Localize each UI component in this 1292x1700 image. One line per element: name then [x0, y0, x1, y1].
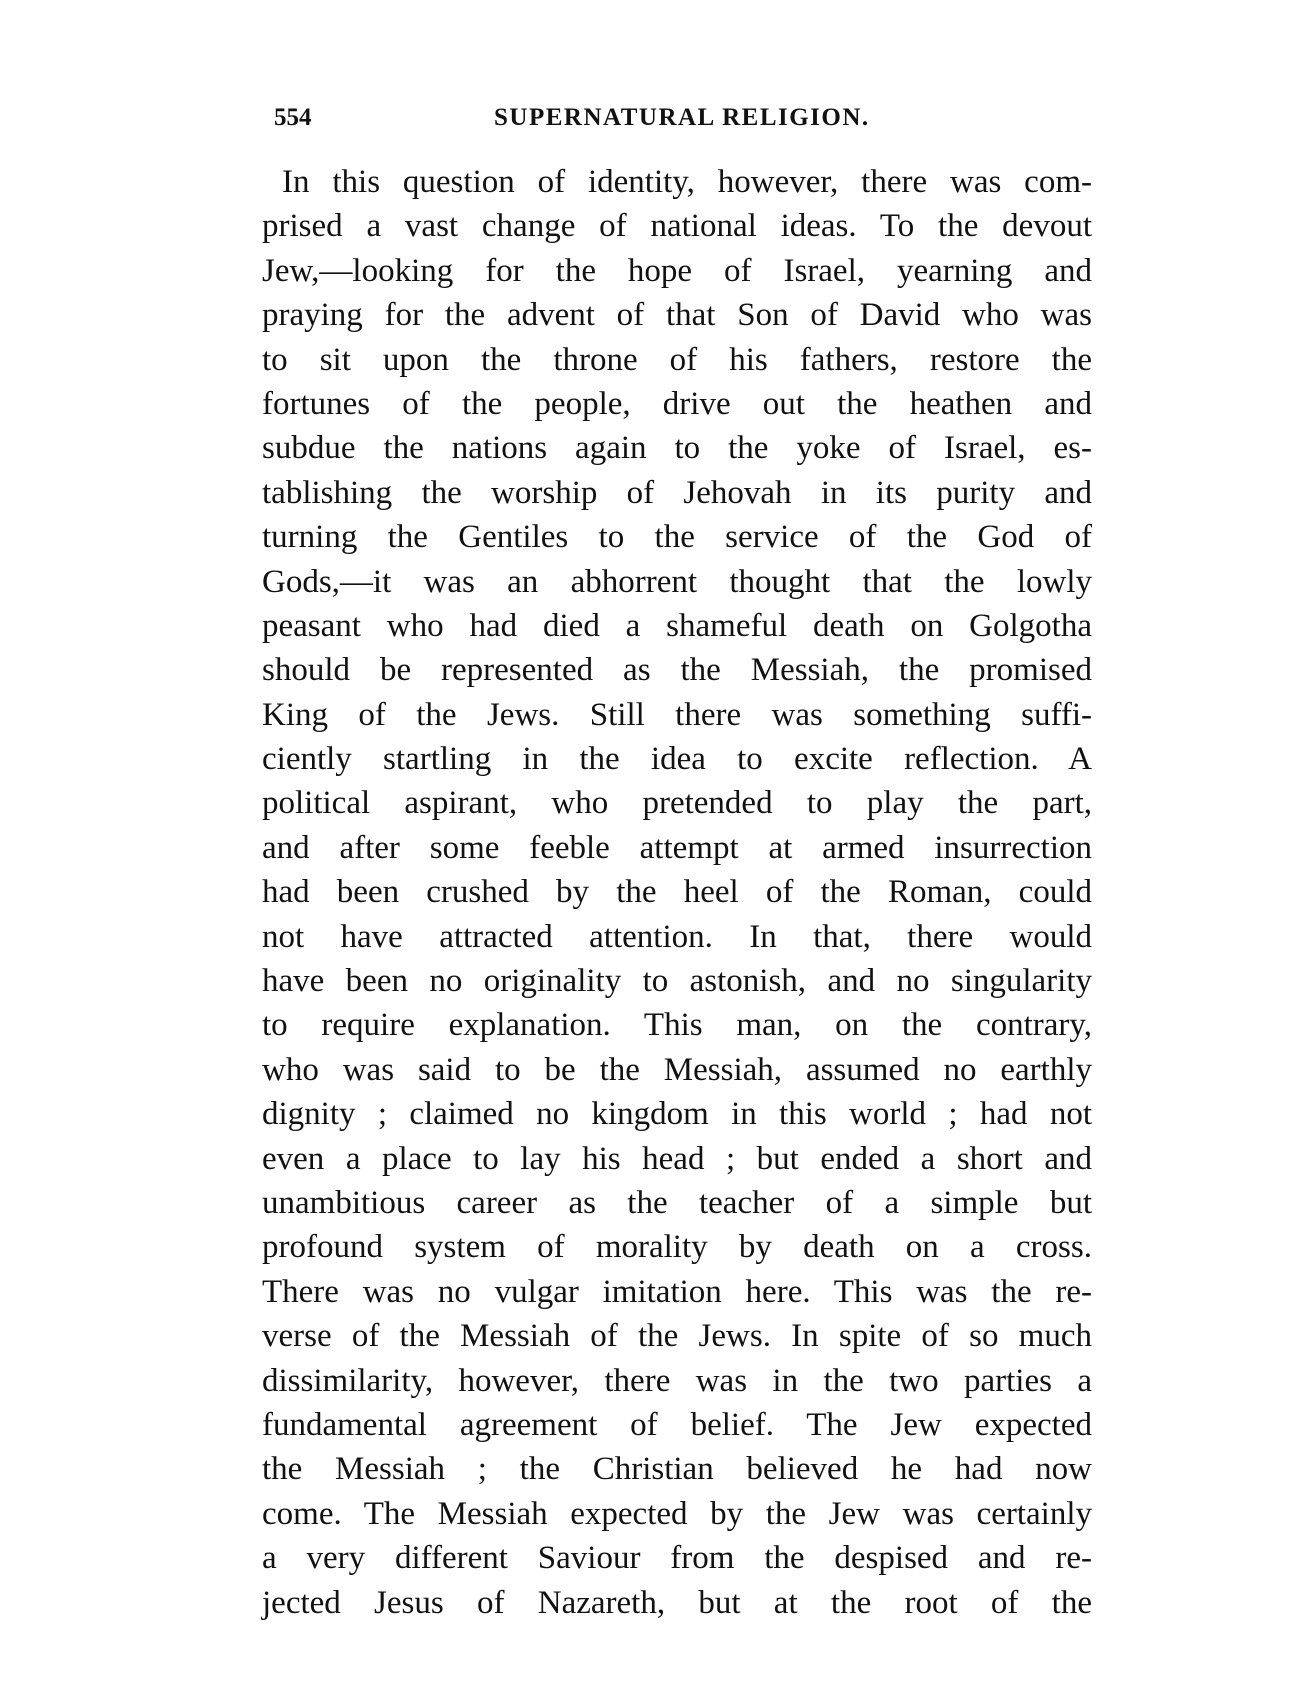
text-line: to sit upon the throne of his fathers, r… — [262, 338, 1092, 382]
text-line: fortunes of the people, drive out the he… — [262, 382, 1092, 426]
text-line: have been no originality to astonish, an… — [262, 959, 1092, 1003]
text-line: even a place to lay his head ; but ended… — [262, 1137, 1092, 1181]
text-line: fundamental agreement of belief. The Jew… — [262, 1403, 1092, 1447]
text-line: dissimilarity, however, there was in the… — [262, 1359, 1092, 1403]
text-line: subdue the nations again to the yoke of … — [262, 426, 1092, 470]
text-line: tablishing the worship of Jehovah in its… — [262, 471, 1092, 515]
book-page: 554 SUPERNATURAL RELIGION. In this quest… — [0, 0, 1292, 1700]
text-line: In this question of identity, however, t… — [262, 160, 1092, 204]
running-title: SUPERNATURAL RELIGION. — [494, 104, 870, 132]
text-line: profound system of morality by death on … — [262, 1225, 1092, 1269]
page-header: 554 SUPERNATURAL RELIGION. — [274, 104, 1074, 144]
text-line: unambitious career as the teacher of a s… — [262, 1181, 1092, 1225]
text-line: come. The Messiah expected by the Jew wa… — [262, 1492, 1092, 1536]
text-line: jected Jesus of Nazareth, but at the roo… — [262, 1581, 1092, 1625]
text-line: the Messiah ; the Christian believed he … — [262, 1447, 1092, 1491]
text-line: not have attracted attention. In that, t… — [262, 915, 1092, 959]
text-line: political aspirant, who pretended to pla… — [262, 781, 1092, 825]
text-line: Gods,—it was an abhorrent thought that t… — [262, 560, 1092, 604]
text-line: should be represented as the Messiah, th… — [262, 648, 1092, 692]
text-line: to require explanation. This man, on the… — [262, 1003, 1092, 1047]
text-line: and after some feeble attempt at armed i… — [262, 826, 1092, 870]
text-line: had been crushed by the heel of the Roma… — [262, 870, 1092, 914]
text-line: prised a vast change of national ideas. … — [262, 204, 1092, 248]
text-line: ciently startling in the idea to excite … — [262, 737, 1092, 781]
text-line: Jew,—looking for the hope of Israel, yea… — [262, 249, 1092, 293]
text-line: a very different Saviour from the despis… — [262, 1536, 1092, 1580]
text-line: peasant who had died a shameful death on… — [262, 604, 1092, 648]
text-line: dignity ; claimed no kingdom in this wor… — [262, 1092, 1092, 1136]
text-line: praying for the advent of that Son of Da… — [262, 293, 1092, 337]
text-line: who was said to be the Messiah, assumed … — [262, 1048, 1092, 1092]
text-line: turning the Gentiles to the service of t… — [262, 515, 1092, 559]
text-line: King of the Jews. Still there was someth… — [262, 693, 1092, 737]
body-text: In this question of identity, however, t… — [262, 160, 1092, 1625]
page-number: 554 — [274, 104, 312, 132]
text-line: verse of the Messiah of the Jews. In spi… — [262, 1314, 1092, 1358]
text-line: There was no vulgar imitation here. This… — [262, 1270, 1092, 1314]
